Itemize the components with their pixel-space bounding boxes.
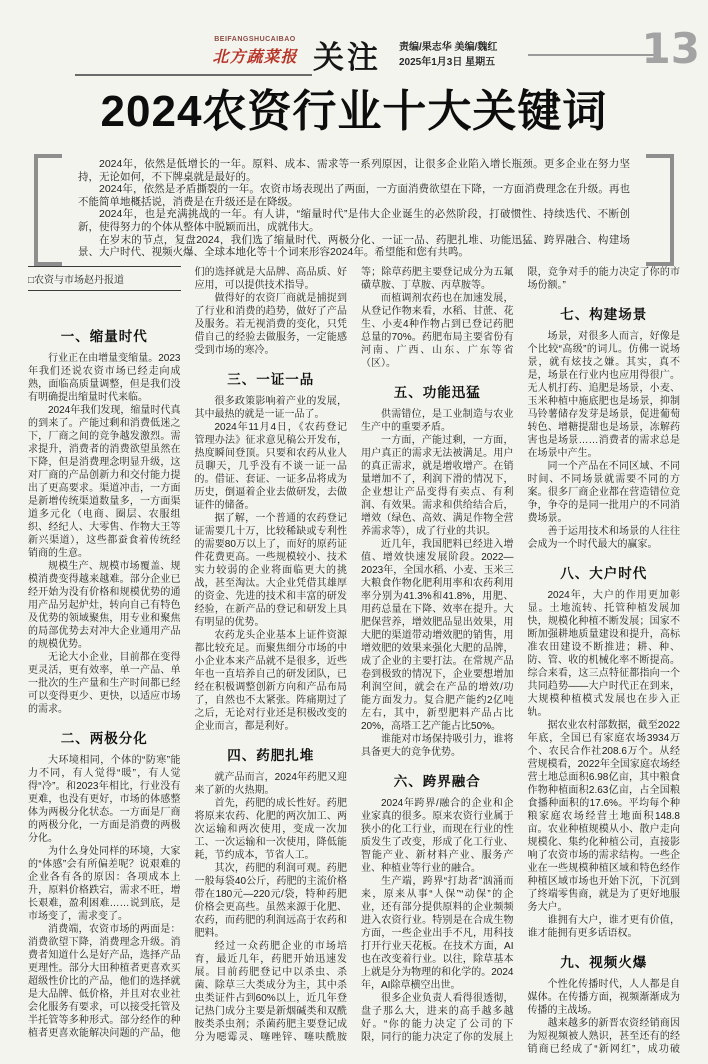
article-paragraph: 而植调剂农药也在加速发展，从登记作物来看，水稻、甘蔗、花生、小麦4种作物占到已登… [361,292,514,370]
article-paragraph: 首先，药肥的成长性好。药肥将原来农药、化肥的两次加工、两次运输和两次使用，变成一… [195,797,348,862]
date-line: 2025年1月3日 星期五 [399,55,497,70]
intro-text: 2024年，依然是低增长的一年。原料、成本、需求等一系列原因，让很多企业陷入增长… [78,158,630,264]
article-paragraph: 行业正在由增量变缩量。2023年我们还说农资市场已经走向成熟，面临高质量调整，但… [28,352,181,404]
article-paragraph: 2024年11月4日，《农药登记管理办法》征求意见稿公开发布，热度瞬间登顶。只要… [195,421,348,512]
section-title: 四、药肥扎堆 [195,744,348,764]
article-section: 七、构建场景 场景，对很多人而言，好像是个比较“高级”的词儿。仿佛一说场景，就有… [528,303,681,551]
article-paragraph: 2024年，大户的作用更加彰显。土地流转、托管种植发展加快，规模化种植不断发展；… [528,589,681,719]
article-paragraph: 生产端，跨界“打劫者”汹涌而来，原来从事“人保”“动保”的企业，还有部分提供原料… [361,875,514,992]
intro-paragraph: 2024年，也是充满挑战的一年。有人讲，“缩量时代”是伟大企业诞生的必然阶段，打… [78,208,630,233]
newspaper-page: BEIFANGSHUCAIBAO 北方蔬菜报 关注 责编/果志华 美编/魏红 2… [0,0,708,1064]
article-paragraph: 供需错位，是工业制造与农业生产中的重要矛盾。 [361,408,514,434]
intro-paragraph: 在岁末的节点，复盘2024，我们选了缩量时代、两极分化、一证一品、药肥扎堆、功能… [78,234,630,259]
masthead-rule-left [75,74,312,76]
article-paragraph: 一方面，产能过剩，一方面，用户真正的需求无法被满足。用户的真正需求，就是增收增产… [361,434,514,538]
editors-line: 责编/果志华 美编/魏红 [399,40,497,55]
article-sections: 一、缩量时代 行业正在由增量变缩量。2023年我们还说农资市场已经走向成熟，面临… [28,266,680,1060]
page-number: 13 [642,24,700,73]
article-paragraph: 同一个产品在不同区域、不同时间、不同场景就需要不同的方案。很多厂商企业都在营造错… [528,460,681,525]
editors-block: 责编/果志华 美编/魏红 2025年1月3日 星期五 [399,40,497,70]
intro-bracket-right-icon [646,154,674,266]
byline: □农资与市场赵丹报道 [28,266,181,291]
article-paragraph: 2024年我们发现，缩量时代真的到来了。产能过剩和消费低迷之下，厂商之间的竞争越… [28,404,181,560]
masthead-rule-right [528,54,656,56]
intro-paragraph: 2024年，依然是矛盾撕裂的一年。农资市场表现出了两面，一方面消费欲望在下降，一… [78,183,630,208]
section-title: 三、一证一品 [195,368,348,388]
section-name: 关注 [313,32,381,77]
intro-bracket-left-icon [34,154,62,266]
section-title: 五、功能迅猛 [361,381,514,401]
article-paragraph: 大环境相同，个体的“防寒”能力不同，有人觉得“暖”，有人觉得“冷”。和2023年… [28,754,181,845]
article-paragraph: 农药龙头企业基本上证件资源都比较充足。而聚焦细分市场的中小企业本来产品就不是很多… [195,629,348,733]
article-paragraph: 无论大小企业，目前都在变得更灵活，更有效率，单一产品、单一批次的生产量和生产时间… [28,651,181,716]
section-title: 二、两极分化 [28,727,181,747]
newspaper-logo: BEIFANGSHUCAIBAO 北方蔬菜报 [196,36,314,67]
section-paragraphs: 场景，对很多人而言，好像是个比较“高级”的词儿。仿佛一说场景，就有炫技之嫌。其实… [528,330,681,551]
article-paragraph: 就产品而言，2024年药肥又迎来了新的火热期。 [195,771,348,797]
section-title: 一、缩量时代 [28,325,181,345]
section-title: 九、视频火爆 [528,951,681,971]
article-section: 一、缩量时代 行业正在由增量变缩量。2023年我们还说农资市场已经走向成熟，面临… [28,325,181,716]
article-paragraph: 2024年跨界/融合的企业和企业家真的很多。原来农资行业属于狭小的化工行业，而现… [361,797,514,875]
article-paragraph: 做得好的农资厂商就是捕捉到了行业和消费的趋势，做好了产品及服务。若无视消费的变化… [195,292,348,357]
article-paragraph: 规模生产、规模市场覆盖、规模消费变得越来越难。部分企业已经开始为没有价格和规模优… [28,560,181,651]
article-paragraph: 谁能对市场保持吸引力，谁将具备更大的竞争优势。 [361,733,514,759]
intro-paragraph: 2024年，依然是低增长的一年。原料、成本、需求等一系列原因，让很多企业陷入增长… [78,158,630,183]
article-paragraph: 善于运用技术和场景的人往往会成为一个时代最大的赢家。 [528,525,681,551]
article-section: 三、一证一品 很多政策影响着产业的发展，其中最热的就是一证一品了。 2024年1… [195,368,348,733]
headline: 2024农资行业十大关键词 [0,80,708,144]
article-paragraph: 个性化传播时代，人人都是自媒体。在传播方面，视频渐渐成为传播的主战场。 [528,978,681,1017]
section-paragraphs: 行业正在由增量变缩量。2023年我们还说农资市场已经走向成熟，面临高质量调整，但… [28,352,181,716]
article-body: □农资与市场赵丹报道 一、缩量时代 行业正在由增量变缩量。2023年我们还说农资… [28,266,680,1060]
section-paragraphs: 很多政策影响着产业的发展，其中最热的就是一证一品了。 2024年11月4日，《农… [195,395,348,733]
article-paragraph: 据农业农村部数据，截至2022年底，全国已有家庭农场3934万个、农民合作社20… [528,719,681,914]
section-title: 七、构建场景 [528,303,681,323]
section-title: 八、大户时代 [528,562,681,582]
section-paragraphs: 2024年，大户的作用更加彰显。土地流转、托管种植发展加快，规模化种植不断发展；… [528,589,681,940]
intro-box: 2024年，依然是低增长的一年。原料、成本、需求等一系列原因，让很多企业陷入增长… [34,154,674,266]
logo-chinese-name: 北方蔬菜报 [196,44,314,67]
article-paragraph: 据了解，一个普通的农药登记证需要几十万，比较稀缺或专利性的需要80万以上了，而好… [195,512,348,629]
article-paragraph: 谁拥有大户，谁才更有价值，谁才能拥有更多话语权。 [528,914,681,940]
article-paragraph: 为什么身处同样的环境，大家的“体感”会有所偏差呢？说艰难的企业各有各的原因：各项… [28,845,181,923]
article-section: 五、功能迅猛 供需错位，是工业制造与农业生产中的重要矛盾。 一方面，产能过剩，一… [361,381,514,759]
section-title: 六、跨界融合 [361,770,514,790]
article-section: 八、大户时代 2024年，大户的作用更加彰显。土地流转、托管种植发展加快，规模化… [528,562,681,940]
article-paragraph: 其次，药肥的利润可观。药肥一般每袋40公斤，药肥的主流价格带在180元—220元… [195,862,348,940]
section-paragraphs: 供需错位，是工业制造与农业生产中的重要矛盾。 一方面，产能过剩，一方面，用户真正… [361,408,514,759]
logo-latin-text: BEIFANGSHUCAIBAO [196,36,314,43]
article-paragraph: 场景，对很多人而言，好像是个比较“高级”的词儿。仿佛一说场景，就有炫技之嫌。其实… [528,330,681,460]
article-paragraph: 很多政策影响着产业的发展，其中最热的就是一证一品了。 [195,395,348,421]
article-paragraph: 近几年，我国肥料已经进入增值、增效快速发展阶段。2022—2023年，全国水稻、… [361,538,514,733]
masthead: BEIFANGSHUCAIBAO 北方蔬菜报 关注 责编/果志华 美编/魏红 2… [0,0,708,82]
